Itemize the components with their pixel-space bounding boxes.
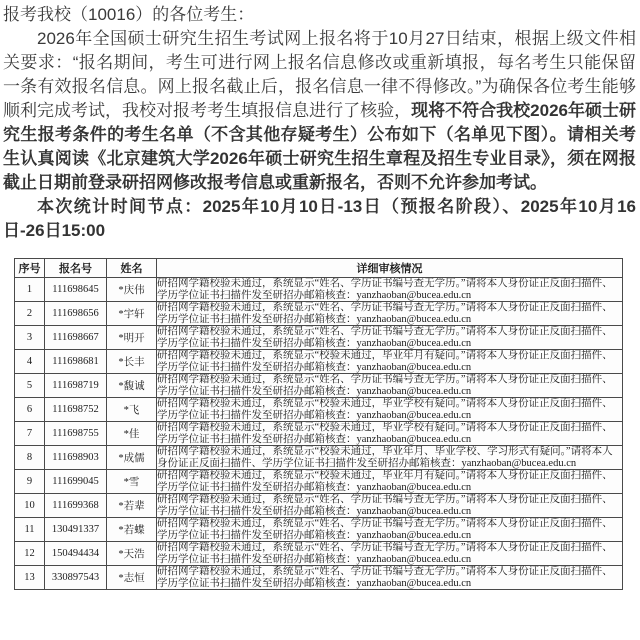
cell-reg-no: 111698755 [45,422,107,446]
cell-seq: 13 [15,566,45,590]
cell-name: *飞 [107,398,157,422]
notice-document: 报考我校（10016）的各位考生： 2026年全国硕士研究生招生考试网上报名将于… [0,0,640,243]
table-row: 3 111698667 *明开 研招网学籍校验未通过，系统显示“姓名、学历证书编… [15,326,623,350]
cell-seq: 3 [15,326,45,350]
cell-detail: 研招网学籍校验未通过，系统显示“校验未通过，毕业年月有疑问。”请将本人身份证正反… [157,350,623,374]
header-seq: 序号 [15,259,45,278]
cell-seq: 11 [15,518,45,542]
table-header-row: 序号 报名号 姓名 详细审核情况 [15,259,623,278]
cell-reg-no: 111698752 [45,398,107,422]
table-row: 10 111699368 *若辈 研招网学籍校验未通过，系统显示“姓名、学历证书… [15,494,623,518]
cell-detail: 研招网学籍校验未通过，系统显示“校验未通过，毕业学校有疑问。”请将本人身份证正反… [157,398,623,422]
cell-detail: 研招网学籍校验未通过，系统显示“姓名、学历证书编号查无学历。”请将本人身份证正反… [157,374,623,398]
cell-name: *宇轩 [107,302,157,326]
table-row: 4 111698681 *长丰 研招网学籍校验未通过，系统显示“校验未通过，毕业… [15,350,623,374]
cell-reg-no: 111698681 [45,350,107,374]
cell-name: *长丰 [107,350,157,374]
table-row: 6 111698752 *飞 研招网学籍校验未通过，系统显示“校验未通过，毕业学… [15,398,623,422]
cell-detail: 研招网学籍校验未通过，系统显示“校验未通过，毕业年月有疑问。”请将本人身份证正反… [157,470,623,494]
cell-reg-no: 111698903 [45,446,107,470]
cell-reg-no: 330897543 [45,566,107,590]
cell-seq: 9 [15,470,45,494]
cell-name: *若蝶 [107,518,157,542]
cell-detail: 研招网学籍校验未通过，系统显示“校验未通过，毕业年月、毕业学校、学习形式有疑问。… [157,446,623,470]
table-row: 9 111699045 *雪 研招网学籍校验未通过，系统显示“校验未通过，毕业年… [15,470,623,494]
cell-name: *雪 [107,470,157,494]
cell-reg-no: 111698645 [45,278,107,302]
cell-detail: 研招网学籍校验未通过，系统显示“校验未通过，毕业学校有疑问。”请将本人身份证正反… [157,422,623,446]
cell-reg-no: 150494434 [45,542,107,566]
cell-name: *明开 [107,326,157,350]
cell-seq: 10 [15,494,45,518]
cell-detail: 研招网学籍校验未通过，系统显示“姓名、学历证书编号查无学历。”请将本人身份证正反… [157,302,623,326]
salutation-line: 报考我校（10016）的各位考生： [3,3,636,27]
main-paragraph: 2026年全国硕士研究生招生考试网上报名将于10月27日结束，根据上级文件相关要… [3,27,636,195]
cell-seq: 4 [15,350,45,374]
cell-seq: 8 [15,446,45,470]
cell-seq: 5 [15,374,45,398]
header-reg-no: 报名号 [45,259,107,278]
table-row: 8 111698903 *成儒 研招网学籍校验未通过，系统显示“校验未通过，毕业… [15,446,623,470]
cell-name: *馥诚 [107,374,157,398]
table-row: 11 130491337 *若蝶 研招网学籍校验未通过，系统显示“姓名、学历证书… [15,518,623,542]
table-row: 13 330897543 *志恒 研招网学籍校验未通过，系统显示“姓名、学历证书… [15,566,623,590]
cell-name: *志恒 [107,566,157,590]
table-row: 2 111698656 *宇轩 研招网学籍校验未通过，系统显示“姓名、学历证书编… [15,302,623,326]
audit-table-container: 序号 报名号 姓名 详细审核情况 1 111698645 *庆伟 研招网学籍校验… [14,258,625,590]
cell-seq: 6 [15,398,45,422]
cell-reg-no: 111698656 [45,302,107,326]
cell-name: *天浩 [107,542,157,566]
cell-detail: 研招网学籍校验未通过，系统显示“姓名、学历证书编号查无学历。”请将本人身份证正反… [157,326,623,350]
cell-name: *佳 [107,422,157,446]
cell-seq: 1 [15,278,45,302]
table-row: 1 111698645 *庆伟 研招网学籍校验未通过，系统显示“姓名、学历证书编… [15,278,623,302]
cell-seq: 2 [15,302,45,326]
table-row: 12 150494434 *天浩 研招网学籍校验未通过，系统显示“姓名、学历证书… [15,542,623,566]
cell-name: *庆伟 [107,278,157,302]
cell-detail: 研招网学籍校验未通过，系统显示“姓名、学历证书编号查无学历。”请将本人身份证正反… [157,542,623,566]
cell-seq: 12 [15,542,45,566]
cell-name: *若辈 [107,494,157,518]
cell-detail: 研招网学籍校验未通过，系统显示“姓名、学历证书编号查无学历。”请将本人身份证正反… [157,518,623,542]
audit-table: 序号 报名号 姓名 详细审核情况 1 111698645 *庆伟 研招网学籍校验… [14,258,623,590]
cell-reg-no: 130491337 [45,518,107,542]
cell-detail: 研招网学籍校验未通过，系统显示“姓名、学历证书编号查无学历。”请将本人身份证正反… [157,566,623,590]
header-detail: 详细审核情况 [157,259,623,278]
cell-reg-no: 111698719 [45,374,107,398]
cell-detail: 研招网学籍校验未通过，系统显示“姓名、学历证书编号查无学历。”请将本人身份证正反… [157,494,623,518]
cell-reg-no: 111699368 [45,494,107,518]
header-name: 姓名 [107,259,157,278]
stats-time-line: 本次统计时间节点：2025年10月10日-13日（预报名阶段）、2025年10月… [3,195,636,243]
table-row: 7 111698755 *佳 研招网学籍校验未通过，系统显示“校验未通过，毕业学… [15,422,623,446]
cell-detail: 研招网学籍校验未通过，系统显示“姓名、学历证书编号查无学历。”请将本人身份证正反… [157,278,623,302]
cell-reg-no: 111699045 [45,470,107,494]
cell-name: *成儒 [107,446,157,470]
table-row: 5 111698719 *馥诚 研招网学籍校验未通过，系统显示“姓名、学历证书编… [15,374,623,398]
cell-seq: 7 [15,422,45,446]
cell-reg-no: 111698667 [45,326,107,350]
